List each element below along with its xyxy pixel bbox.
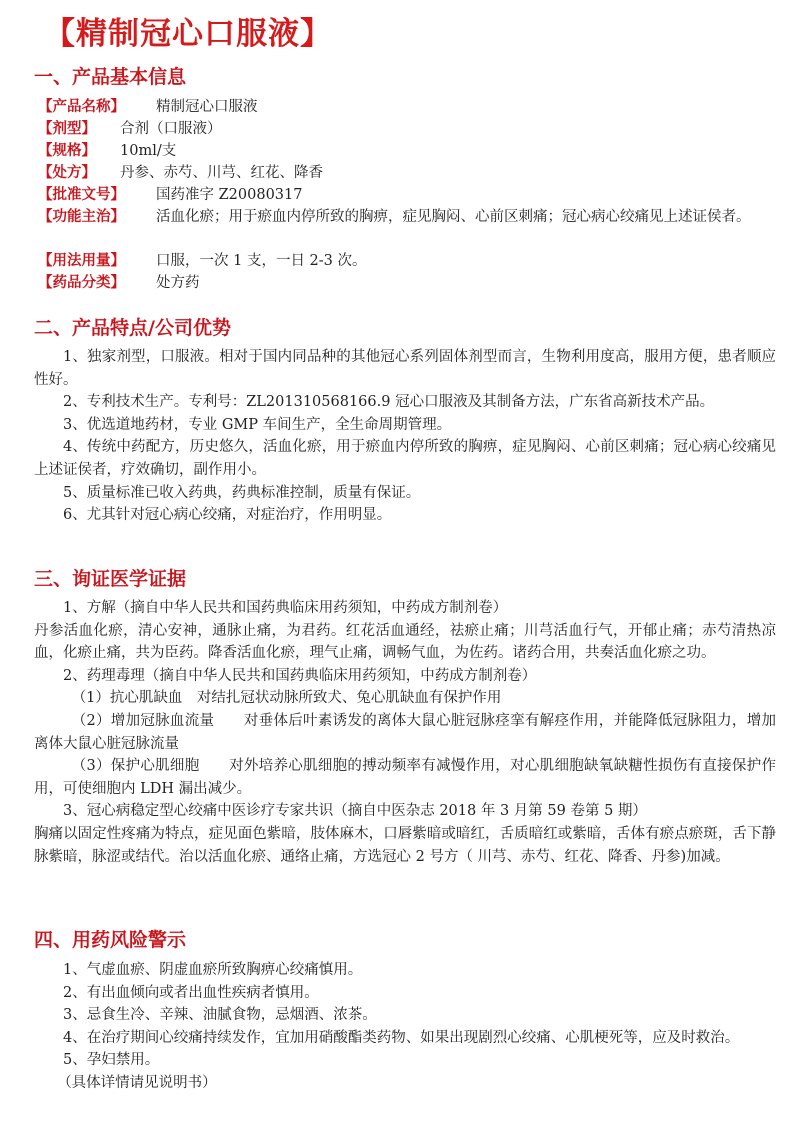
info-label: 【产品名称】 xyxy=(38,96,156,118)
info-row-name: 【产品名称】 精制冠心口服液 xyxy=(38,96,796,118)
feature-item: 3、优选道地药材，专业 GMP 车间生产，全生命周期管理。 xyxy=(34,414,776,437)
feature-item: 4、传统中药配方，历史悠久，活血化瘀，用于瘀血内停所致的胸痹，症见胸闷、心前区刺… xyxy=(34,436,776,481)
risk-list: 1、气虚血瘀、阴虚血瘀所致胸痹心绞痛慎用。 2、有出血倾向或者出血性疾病者慎用。… xyxy=(34,959,776,1095)
pharmacology-item: （2）增加冠脉血流量 对垂体后叶素诱发的离体大鼠心脏冠脉痉挛有解痉作用，并能降低… xyxy=(34,710,776,755)
feature-item: 5、质量标准已收入药典，药典标准控制，质量有保证。 xyxy=(34,482,776,505)
info-label: 【批准文号】 xyxy=(38,184,156,206)
features-list: 1、独家剂型，口服液。相对于国内同品种的其他冠心系列固体剂型而言，生物利用度高，… xyxy=(34,346,776,527)
info-row-dosage: 【用法用量】 口服，一次 1 支，一日 2-3 次。 xyxy=(38,250,796,272)
info-label: 【用法用量】 xyxy=(38,250,156,272)
risk-item: 5、孕妇禁用。 xyxy=(34,1049,776,1072)
info-value: 口服，一次 1 支，一日 2-3 次。 xyxy=(156,250,367,272)
info-label: 【剂型】 xyxy=(38,118,120,140)
risk-item: 3、忌食生冷、辛辣、油腻食物，忌烟酒、浓茶。 xyxy=(34,1004,776,1027)
basic-info-list: 【产品名称】 精制冠心口服液 【剂型】 合剂（口服液） 【规格】 10ml/支 … xyxy=(38,96,796,294)
info-value: 精制冠心口服液 xyxy=(156,96,258,118)
section-heading-basic-info: 一、产品基本信息 xyxy=(34,62,186,89)
info-label: 【处方】 xyxy=(38,162,120,184)
page-title: 【精制冠心口服液】 xyxy=(44,8,332,53)
info-value: 处方药 xyxy=(156,272,200,294)
evidence-consensus-title: 3、冠心病稳定型心绞痛中医诊疗专家共识（摘自中医杂志 2018 年 3 月第 5… xyxy=(34,800,776,823)
info-label: 【规格】 xyxy=(38,140,120,162)
section-heading-evidence: 三、询证医学证据 xyxy=(34,564,186,591)
info-row-approval: 【批准文号】 国药准字 Z20080317 xyxy=(38,184,796,206)
evidence-pharmacology-title: 2、药理毒理（摘自中华人民共和国药典临床用药须知，中药成方制剂卷） xyxy=(34,665,776,688)
info-row-form: 【剂型】 合剂（口服液） xyxy=(38,118,796,140)
risk-item: 4、在治疗期间心绞痛持续发作，宜加用硝酸酯类药物、如果出现剧烈心绞痛、心肌梗死等… xyxy=(34,1027,776,1050)
info-value: 合剂（口服液） xyxy=(120,118,222,140)
feature-item: 6、尤其针对冠心病心绞痛，对症治疗，作用明显。 xyxy=(34,504,776,527)
info-row-category: 【药品分类】 处方药 xyxy=(38,272,796,294)
evidence-consensus-body: 胸痛以固定性疼痛为特点，症见面色紫暗，肢体麻木，口唇紫暗或暗红，舌质暗红或紫暗，… xyxy=(34,823,776,868)
evidence-formula-body: 丹参活血化瘀，清心安神，通脉止痛，为君药。红花活血通经，祛瘀止痛；川芎活血行气，… xyxy=(34,620,776,665)
section-heading-risk: 四、用药风险警示 xyxy=(34,925,186,952)
feature-item: 2、专利技术生产。专利号：ZL201310568166.9 冠心口服液及其制备方… xyxy=(34,391,776,414)
pharmacology-item: （3）保护心肌细胞 对外培养心肌细胞的搏动频率有减慢作用，对心肌细胞缺氧缺糖性损… xyxy=(34,755,776,800)
info-row-indications: 【功能主治】 活血化瘀；用于瘀血内停所致的胸痹，症见胸闷、心前区刺痛；冠心病心绞… xyxy=(38,206,796,250)
info-label: 【药品分类】 xyxy=(38,272,156,294)
info-row-spec: 【规格】 10ml/支 xyxy=(38,140,796,162)
evidence-formula-title: 1、方解（摘自中华人民共和国药典临床用药须知，中药成方制剂卷） xyxy=(34,597,776,620)
section-heading-features: 二、产品特点/公司优势 xyxy=(34,313,231,340)
info-value: 活血化瘀；用于瘀血内停所致的胸痹，症见胸闷、心前区刺痛；冠心病心绞痛见上述证侯者… xyxy=(156,206,796,250)
risk-note: （具体详情请见说明书） xyxy=(34,1072,776,1095)
evidence-content: 1、方解（摘自中华人民共和国药典临床用药须知，中药成方制剂卷） 丹参活血化瘀，清… xyxy=(34,597,776,868)
info-value: 10ml/支 xyxy=(120,140,176,162)
pharmacology-item: （1）抗心肌缺血 对结扎冠状动脉所致犬、兔心肌缺血有保护作用 xyxy=(34,687,776,710)
feature-item: 1、独家剂型，口服液。相对于国内同品种的其他冠心系列固体剂型而言，生物利用度高，… xyxy=(34,346,776,391)
risk-item: 2、有出血倾向或者出血性疾病者慎用。 xyxy=(34,982,776,1005)
info-value: 国药准字 Z20080317 xyxy=(156,184,303,206)
risk-item: 1、气虚血瘀、阴虚血瘀所致胸痹心绞痛慎用。 xyxy=(34,959,776,982)
info-label: 【功能主治】 xyxy=(38,206,156,250)
info-value: 丹参、赤芍、川芎、红花、降香 xyxy=(120,162,323,184)
info-row-prescription: 【处方】 丹参、赤芍、川芎、红花、降香 xyxy=(38,162,796,184)
